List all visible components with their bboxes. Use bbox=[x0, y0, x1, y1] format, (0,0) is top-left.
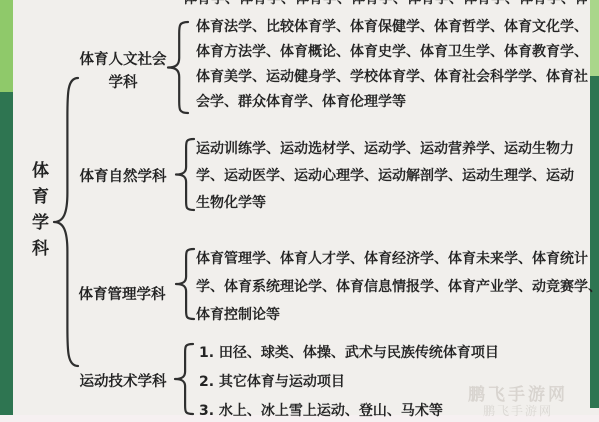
branch-brace-technique bbox=[173, 342, 195, 416]
discipline-line: 学、运动医学、运动心理学、运动解剖学、运动生理学、运动 bbox=[196, 163, 574, 190]
discipline-line: 体育方法学、体育概论、体育史学、体育卫生学、体育教育学、 bbox=[196, 40, 588, 65]
discipline-line: 体育法学、比较体育学、体育保健学、体育哲学、体育文化学、 bbox=[196, 15, 588, 40]
branch-brace-humanities bbox=[166, 20, 190, 115]
discipline-line: 体育控制论等 bbox=[196, 301, 599, 329]
left-edge-bar-top bbox=[0, 0, 13, 92]
branch-brace-management bbox=[174, 247, 196, 321]
numbered-item: 2. 其它体育与运动项目 bbox=[199, 368, 499, 397]
branch-label-natural: 体育自然学科 bbox=[76, 166, 170, 189]
right-edge-bar-bottom bbox=[590, 76, 599, 408]
discipline-line: 学、体育系统理论学、体育信息情报学、体育产业学、动竞赛学、 bbox=[196, 273, 599, 301]
right-edge-bar-top bbox=[590, 0, 599, 76]
root-label: 体育学科 bbox=[26, 161, 51, 301]
discipline-line: 会学、群众体育学、体育伦理学等 bbox=[196, 90, 588, 115]
discipline-line: 体育美学、运动健身学、学校体育学、体育社会科学学、体育社 bbox=[196, 65, 588, 90]
branch-content-humanities: 体育法学、比较体育学、体育保健学、体育哲学、体育文化学、 体育方法学、体育概论、… bbox=[196, 15, 588, 115]
slide-diagram: 体育学、体育学、体育学、体育学、体育学、体育学、体育学、体育学 体育学科 体育人… bbox=[0, 0, 599, 422]
numbered-item: 3. 水上、冰上雪上运动、登山、马术等 bbox=[199, 397, 499, 422]
branch-content-technique: 1. 田径、球类、体操、武术与民族传统体育项目 2. 其它体育与运动项目 3. … bbox=[199, 339, 499, 422]
left-edge-bar-bottom bbox=[0, 92, 13, 417]
branch-content-management: 体育管理学、体育人才学、体育经济学、体育未来学、体育统计 学、体育系统理论学、体… bbox=[196, 245, 599, 329]
branch-label-humanities: 体育人文社会 学科 bbox=[76, 49, 170, 95]
discipline-line: 生物化学等 bbox=[196, 190, 574, 217]
branch-brace-natural bbox=[174, 137, 196, 212]
root-brace bbox=[52, 76, 80, 368]
top-clipped-text-line: 体育学、体育学、体育学、体育学、体育学、体育学、体育学、体育学 bbox=[183, 0, 587, 7]
discipline-line: 运动训练学、运动选材学、运动学、运动营养学、运动生物力 bbox=[196, 136, 574, 163]
branch-label-management: 体育管理学科 bbox=[75, 284, 169, 307]
discipline-line: 体育管理学、体育人才学、体育经济学、体育未来学、体育统计 bbox=[196, 245, 599, 273]
branch-label-technique: 运动技术学科 bbox=[76, 371, 170, 394]
numbered-item: 1. 田径、球类、体操、武术与民族传统体育项目 bbox=[199, 339, 499, 368]
branch-content-natural: 运动训练学、运动选材学、运动学、运动营养学、运动生物力 学、运动医学、运动心理学… bbox=[196, 136, 574, 217]
